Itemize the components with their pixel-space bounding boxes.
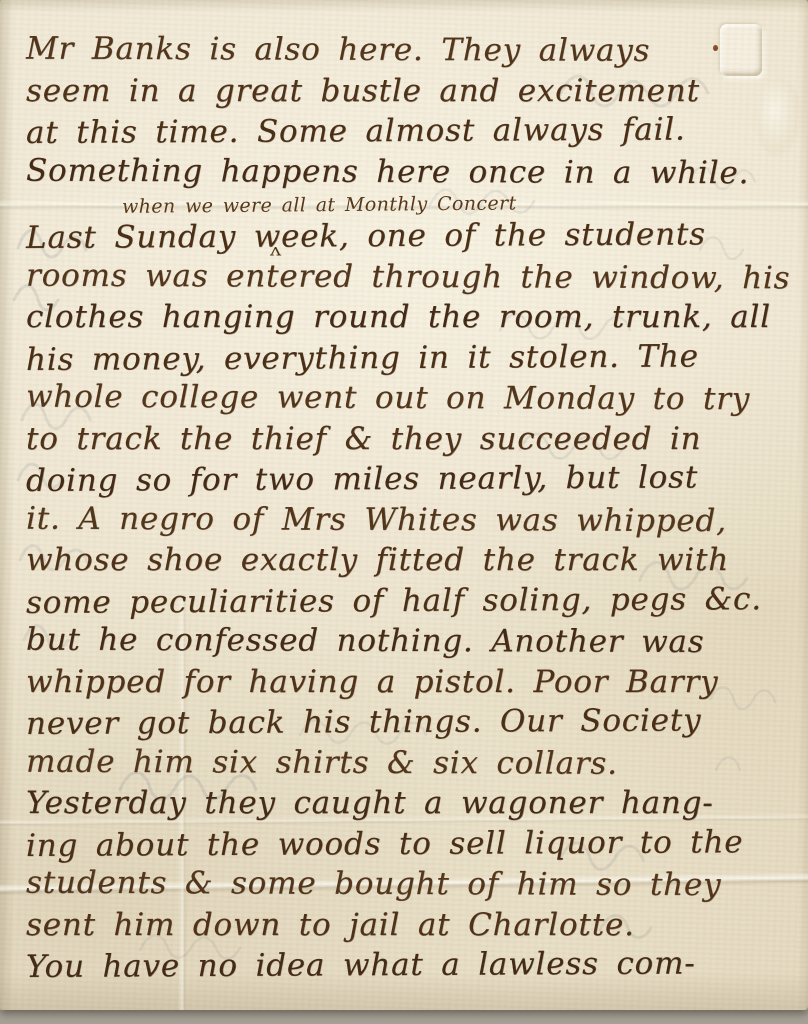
letter-line: Something happens here once in a while.: [26, 150, 788, 193]
letter-line: doing so for two miles nearly, but lost: [26, 457, 788, 501]
scanned-letter: Mr Banks is also here. They always seem …: [0, 0, 808, 1024]
letter-line: ing about the woods to sell liquor to th…: [26, 822, 788, 866]
letter-line: his money, everything in it stolen. The: [26, 336, 788, 380]
letter-line: rooms was entered through the window, hi…: [26, 255, 788, 298]
letter-line: sent him down to jail at Charlotte.: [26, 905, 788, 946]
letter-line: to track the thief & they succeeded in: [26, 419, 788, 460]
letter-line: clothes hanging round the room, trunk, a…: [26, 297, 788, 338]
letter-line: made him six shirts & six collars.: [26, 741, 788, 784]
letter-line: but he confessed nothing. Another was: [26, 620, 788, 663]
paper-edge-left: [0, 0, 14, 1010]
letter-line: Mr Banks is also here. They always: [26, 29, 788, 72]
letter-body: Mr Banks is also here. They always seem …: [26, 30, 788, 986]
paper-edge-right: [798, 0, 808, 1010]
letter-line: You have no idea what a lawless com-: [26, 943, 788, 987]
letter-line: some peculiarities of half soling, pegs …: [26, 579, 788, 623]
letter-line: Last Sunday week, one of the students: [26, 214, 788, 258]
insertion-caret-mark: ʌ: [270, 240, 281, 259]
paper-edge-top: [0, 0, 808, 12]
letter-line: whipped for having a pistol. Poor Barry: [26, 662, 788, 703]
letter-line: whose shoe exactly fitted the track with: [26, 540, 788, 581]
letter-line: at this time. Some almost always fail.: [26, 109, 788, 153]
letter-line: students & some bought of him so they: [26, 863, 788, 906]
letter-line: Yesterday they caught a wagoner hang-: [26, 783, 788, 824]
letter-line: whole college went out on Monday to try: [26, 377, 788, 420]
letter-line: seem in a great bustle and excitement: [26, 71, 788, 112]
letter-line: never got back his things. Our Society: [26, 700, 788, 744]
letter-line: it. A negro of Mrs Whites was whipped,: [26, 498, 788, 541]
paper-sheet: Mr Banks is also here. They always seem …: [0, 0, 808, 1010]
